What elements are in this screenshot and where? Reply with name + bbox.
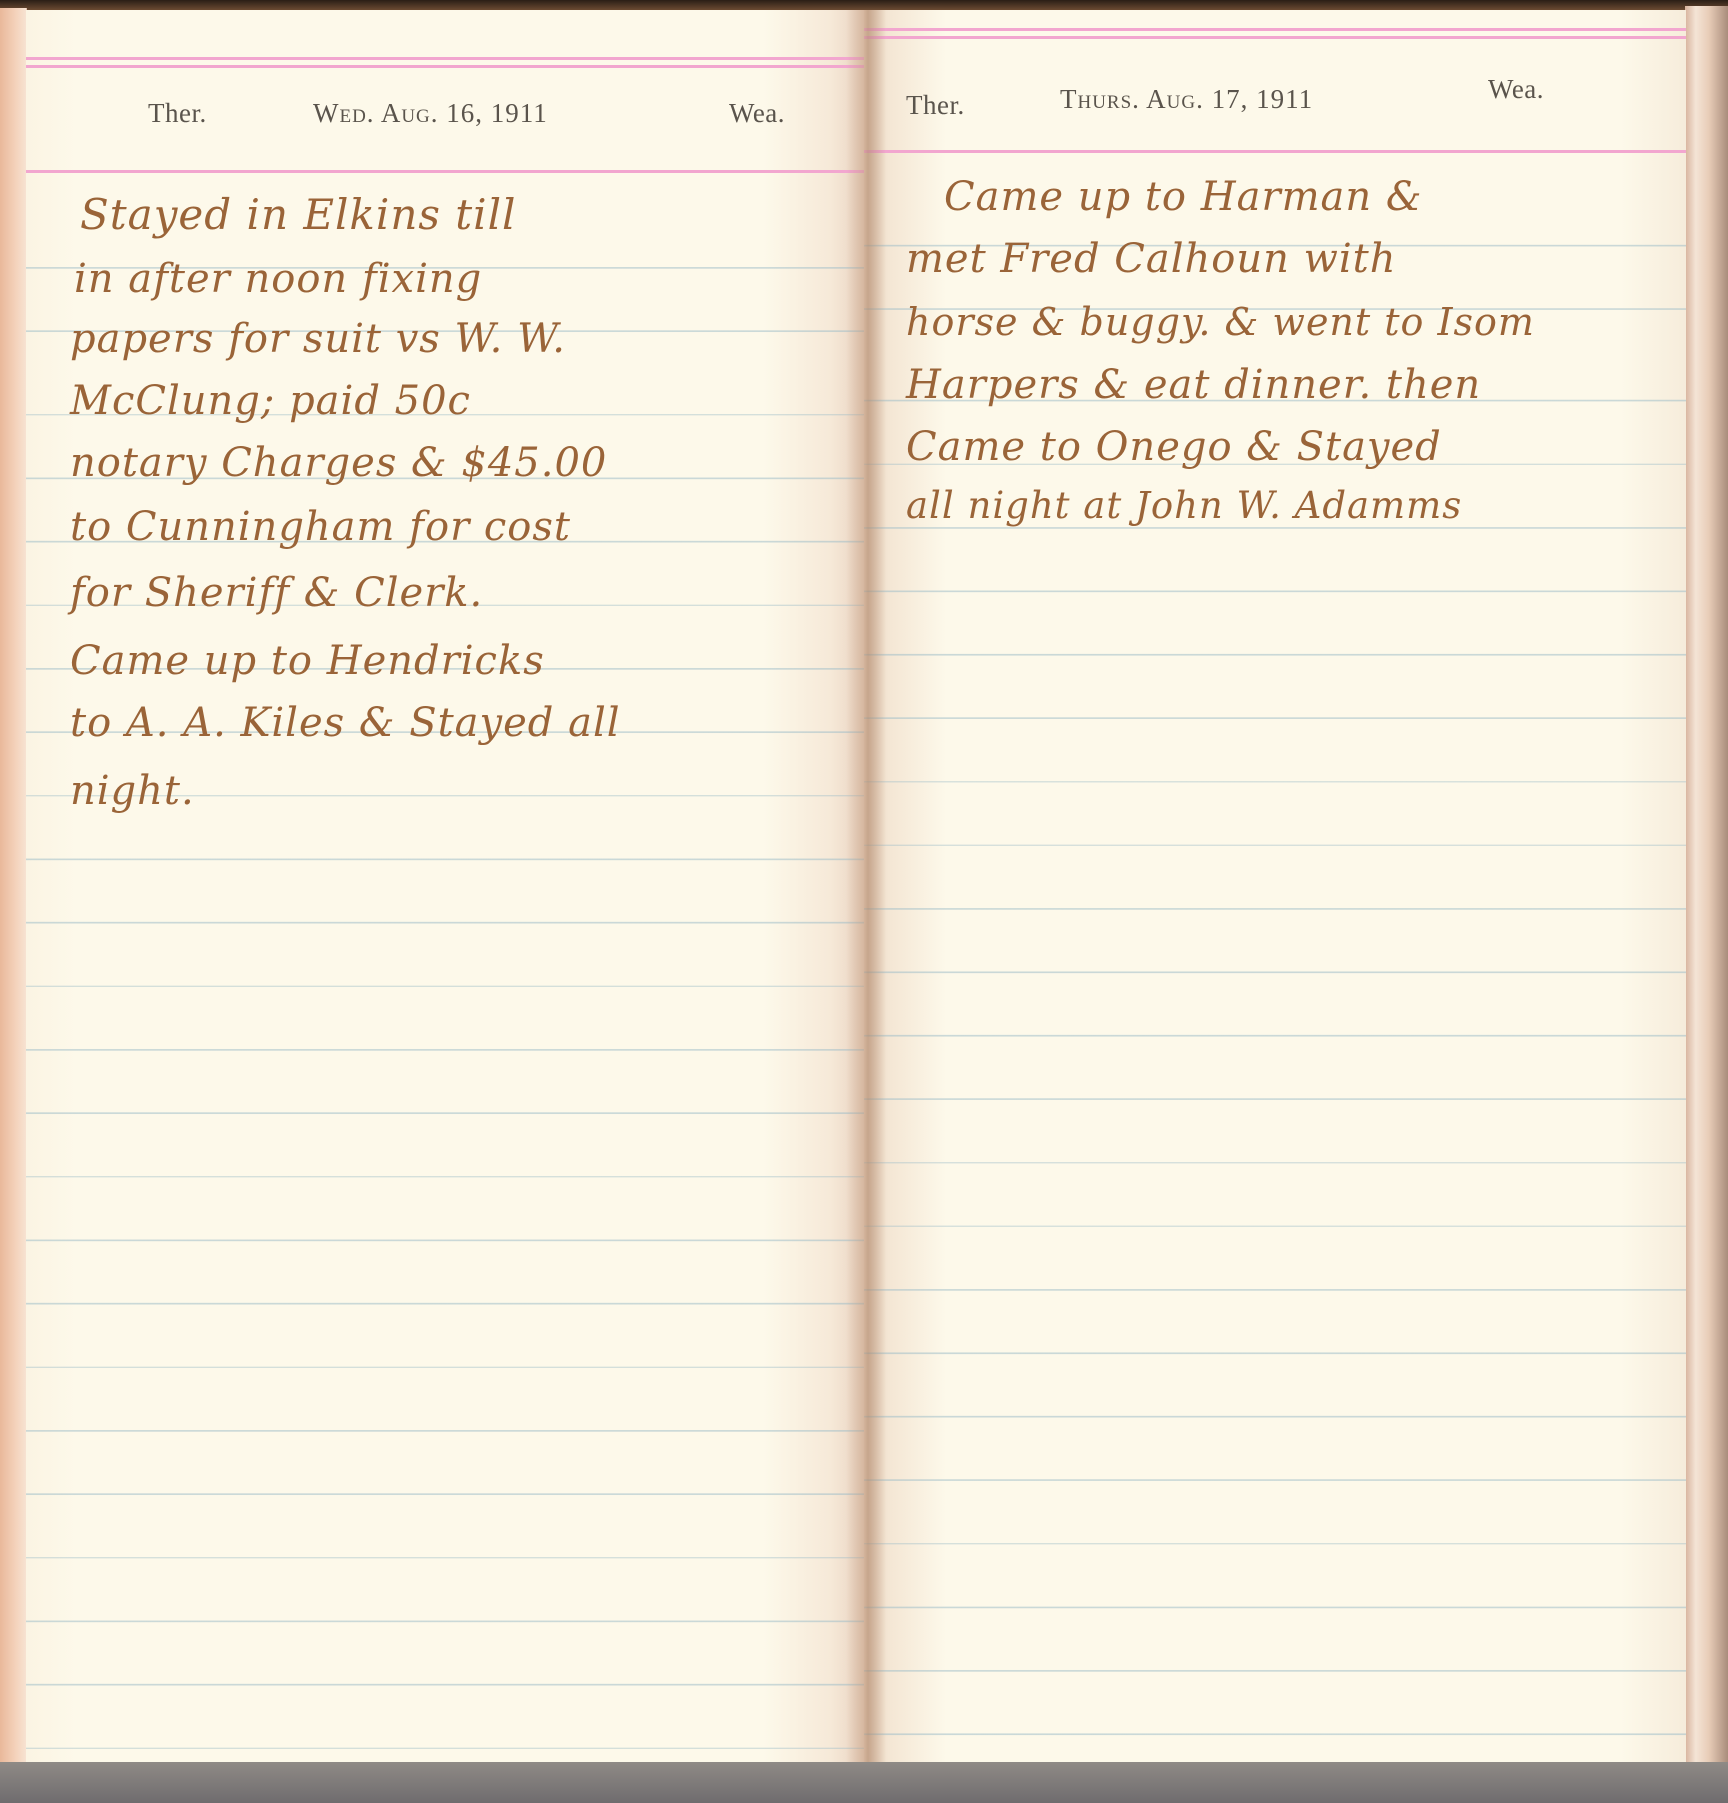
page-date: Thurs. Aug. 17, 1911	[1060, 84, 1313, 115]
header-rule-top-2	[864, 36, 1686, 39]
book-cover-top	[0, 0, 1728, 10]
thermometer-label: Ther.	[906, 90, 965, 121]
header-rule-bottom	[26, 170, 864, 173]
page-date: Wed. Aug. 16, 1911	[313, 98, 548, 129]
entry-line: night.	[70, 768, 195, 814]
entry-line: Stayed in Elkins till	[80, 190, 516, 239]
diary-page-left: Ther. Wed. Aug. 16, 1911 Wea. Stayed in …	[26, 10, 864, 1762]
weather-label: Wea.	[1488, 74, 1544, 105]
book-gutter	[846, 10, 886, 1762]
diary-page-right: Ther. Thurs. Aug. 17, 1911 Wea. Came up …	[864, 10, 1686, 1762]
entry-line: all night at John W. Adamms	[906, 484, 1462, 527]
entry-line: Came to Onego & Stayed	[906, 424, 1442, 470]
header-rule-top-1	[26, 57, 864, 60]
thermometer-label: Ther.	[148, 98, 207, 129]
entry-line: to Cunningham for cost	[70, 504, 571, 550]
entry-line: to A. A. Kiles & Stayed all	[70, 700, 621, 746]
entry-line: McClung; paid 50c	[70, 378, 471, 424]
entry-line: in after noon fixing	[74, 256, 482, 302]
header-rule-top-2	[26, 65, 864, 68]
scan-bed-bottom	[0, 1762, 1728, 1803]
page-edges-left	[0, 8, 27, 1768]
header-rule-top-1	[864, 28, 1686, 31]
page-edges-right	[1685, 6, 1728, 1766]
header-rule-bottom	[864, 150, 1686, 153]
entry-line: Came up to Hendricks	[70, 638, 545, 684]
entry-line: Came up to Harman &	[944, 174, 1422, 220]
entry-line: notary Charges & $45.00	[70, 440, 607, 486]
entry-line: Harpers & eat dinner. then	[906, 362, 1481, 408]
entry-line: for Sheriff & Clerk.	[70, 570, 483, 616]
weather-label: Wea.	[729, 98, 785, 129]
entry-line: papers for suit vs W. W.	[70, 316, 566, 362]
entry-line: met Fred Calhoun with	[906, 236, 1396, 282]
entry-line: horse & buggy. & went to Isom	[906, 300, 1535, 344]
